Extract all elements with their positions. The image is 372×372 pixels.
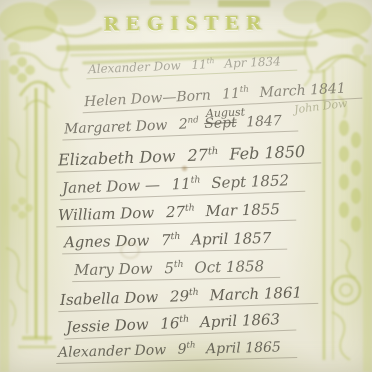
entry-name: Mary Dow xyxy=(74,259,153,279)
entry-date-rest: Oct 1858 xyxy=(194,257,264,276)
entry-day: 2 xyxy=(178,116,188,132)
entry-day: 27 xyxy=(187,145,208,165)
entry-day: 11 xyxy=(171,175,191,194)
entry-day: 9 xyxy=(177,341,186,357)
entry-ordinal: th xyxy=(206,56,214,65)
entry-ordinal: th xyxy=(240,85,250,95)
entry-date-rest: March 1861 xyxy=(209,283,302,304)
entry-day: 11 xyxy=(191,57,207,72)
entry-name: William Dow xyxy=(58,204,155,225)
entry-name: Alexander Dow xyxy=(88,58,181,76)
register-page-photo: REGISTER Alexander Dow 11th Apr 1834 Hel… xyxy=(0,0,372,372)
ink-stain-spot xyxy=(180,165,189,172)
entry-date-rest: Feb 1850 xyxy=(229,142,305,164)
entry-day: 11 xyxy=(222,86,241,103)
entry-ordinal: th xyxy=(208,146,219,157)
entry-ordinal: th xyxy=(186,341,195,351)
entry-name: Margaret Dow xyxy=(64,117,168,137)
entry-name: Janet Dow — xyxy=(62,176,161,197)
entry-day: 27 xyxy=(166,203,186,222)
entry-ordinal: th xyxy=(179,314,189,325)
entry-date-rest: Mar 1855 xyxy=(205,200,280,220)
entry-name: Jessie Dow xyxy=(66,315,149,336)
entry-date-rest: April 1865 xyxy=(206,339,281,357)
faint-stain-ring xyxy=(120,242,140,259)
left-border-ornament xyxy=(0,57,56,372)
entry-day: 29 xyxy=(170,287,190,306)
entry-date-rest: April 1863 xyxy=(200,310,281,331)
entry-correction: AugustSept xyxy=(204,114,237,131)
entry-date-rest: Sept 1852 xyxy=(211,171,289,192)
entry-name: Alexander Dow xyxy=(58,342,167,361)
entry-ordinal: th xyxy=(189,287,199,298)
entry-name: Elizabeth Dow xyxy=(58,146,176,169)
entry-ordinal: nd xyxy=(187,115,199,125)
entry-date-rest: April 1857 xyxy=(191,229,272,249)
top-cutoff-emboss xyxy=(150,0,270,7)
entry-date-rest: Apr 1834 xyxy=(224,54,281,70)
register-entry: Mary Dow 5th Oct 1858 xyxy=(72,257,281,282)
register-title: REGISTER xyxy=(0,10,372,38)
entry-day: 5 xyxy=(164,259,174,277)
entry-date-rest: 1847 xyxy=(246,113,282,130)
entry-name: Isabella Dow xyxy=(60,288,159,309)
entry-ordinal: th xyxy=(174,259,184,270)
inserted-word: August xyxy=(206,106,246,120)
entry-ordinal: th xyxy=(185,202,195,213)
entry-ordinal: th xyxy=(190,174,200,185)
entry-day: 16 xyxy=(160,314,180,333)
entry-ordinal: th xyxy=(170,231,180,242)
entry-day: 7 xyxy=(161,231,171,249)
